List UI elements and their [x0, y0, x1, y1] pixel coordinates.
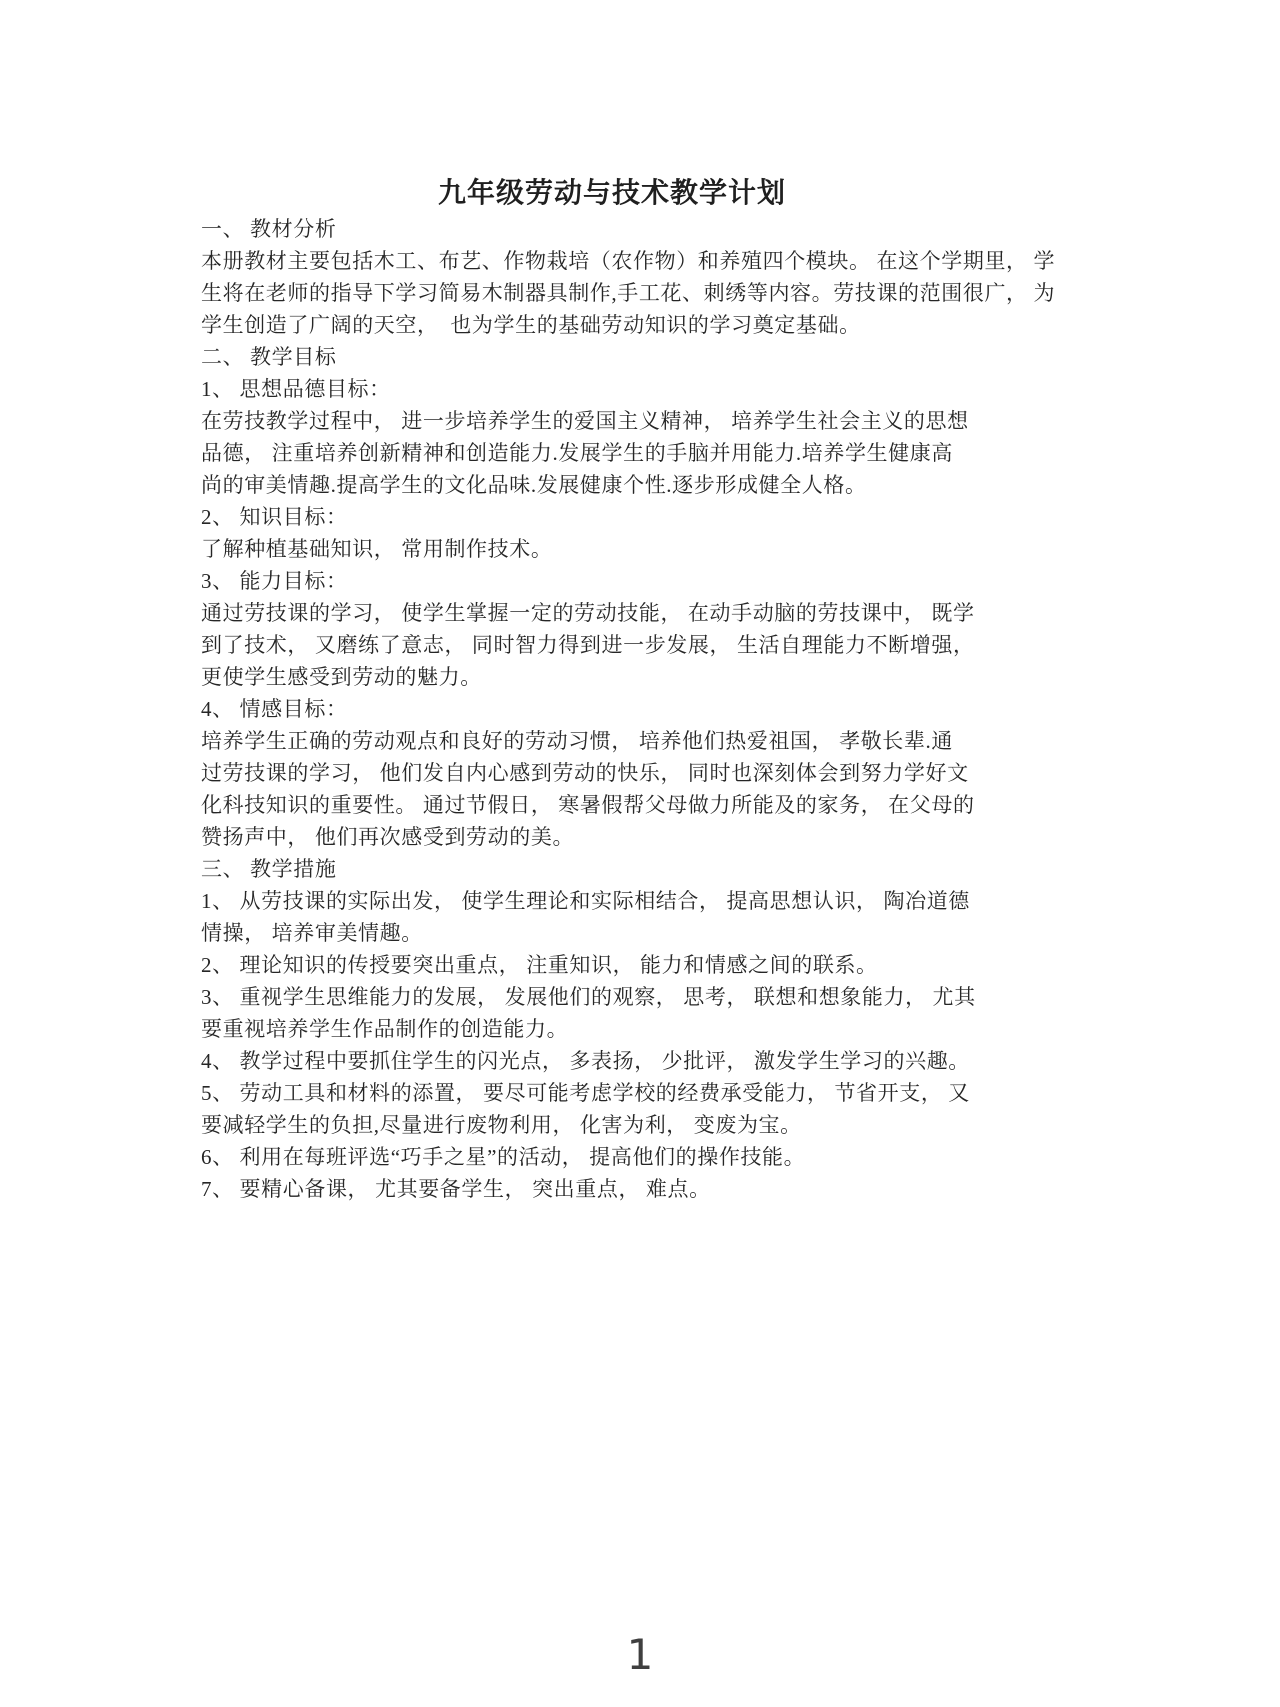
text-line: 3、 能力目标：: [201, 565, 1101, 597]
text-line: 了解种植基础知识， 常用制作技术。: [201, 533, 1101, 565]
text-line: 2、 知识目标：: [201, 501, 1101, 533]
text-line: 化科技知识的重要性。 通过节假日， 寒暑假帮父母做力所能及的家务， 在父母的: [201, 789, 1101, 821]
text-line: 3、 重视学生思维能力的发展， 发展他们的观察， 思考， 联想和想象能力， 尤其: [201, 981, 1101, 1013]
text-line: 培养学生正确的劳动观点和良好的劳动习惯， 培养他们热爱祖国， 孝敬长辈.通: [201, 725, 1101, 757]
text-line: 品德， 注重培养创新精神和创造能力.发展学生的手脑并用能力.培养学生健康高: [201, 437, 1101, 469]
text-line: 4、 情感目标：: [201, 693, 1101, 725]
text-line: 在劳技教学过程中， 进一步培养学生的爱国主义精神， 培养学生社会主义的思想: [201, 405, 1101, 437]
text-line: 要重视培养学生作品制作的创造能力。: [201, 1013, 1101, 1045]
page-number: 1: [0, 1630, 1280, 1679]
text-line: 学生创造了广阔的天空， 也为学生的基础劳动知识的学习奠定基础。: [201, 309, 1101, 341]
document-title: 九年级劳动与技术教学计划: [0, 171, 1252, 211]
text-line: 6、 利用在每班评选“巧手之星”的活动， 提高他们的操作技能。: [201, 1141, 1101, 1173]
text-line: 情操， 培养审美情趣。: [201, 917, 1101, 949]
text-line: 本册教材主要包括木工、布艺、作物栽培（农作物）和养殖四个模块。 在这个学期里， …: [201, 245, 1101, 277]
text-line: 尚的审美情趣.提高学生的文化品味.发展健康个性.逐步形成健全人格。: [201, 469, 1101, 501]
document-body: 一、 教材分析本册教材主要包括木工、布艺、作物栽培（农作物）和养殖四个模块。 在…: [201, 213, 1101, 1205]
text-line: 更使学生感受到劳动的魅力。: [201, 661, 1101, 693]
text-line: 4、 教学过程中要抓住学生的闪光点， 多表扬， 少批评， 激发学生学习的兴趣。: [201, 1045, 1101, 1077]
text-line: 生将在老师的指导下学习简易木制器具制作,手工花、刺绣等内容。劳技课的范围很广， …: [201, 277, 1101, 309]
document-page: 九年级劳动与技术教学计划 一、 教材分析本册教材主要包括木工、布艺、作物栽培（农…: [0, 0, 1280, 1707]
text-line: 三、 教学措施: [201, 853, 1101, 885]
text-line: 2、 理论知识的传授要突出重点， 注重知识， 能力和情感之间的联系。: [201, 949, 1101, 981]
text-line: 过劳技课的学习， 他们发自内心感到劳动的快乐， 同时也深刻体会到努力学好文: [201, 757, 1101, 789]
text-line: 赞扬声中， 他们再次感受到劳动的美。: [201, 821, 1101, 853]
text-line: 1、 从劳技课的实际出发， 使学生理论和实际相结合， 提高思想认识， 陶冶道德: [201, 885, 1101, 917]
text-line: 5、 劳动工具和材料的添置， 要尽可能考虑学校的经费承受能力， 节省开支， 又: [201, 1077, 1101, 1109]
text-line: 通过劳技课的学习， 使学生掌握一定的劳动技能， 在动手动脑的劳技课中， 既学: [201, 597, 1101, 629]
text-line: 二、 教学目标: [201, 341, 1101, 373]
text-line: 7、 要精心备课， 尤其要备学生， 突出重点， 难点。: [201, 1173, 1101, 1205]
text-line: 1、 思想品德目标：: [201, 373, 1101, 405]
text-line: 一、 教材分析: [201, 213, 1101, 245]
text-line: 到了技术， 又磨练了意志， 同时智力得到进一步发展， 生活自理能力不断增强，: [201, 629, 1101, 661]
text-line: 要减轻学生的负担,尽量进行废物利用， 化害为利， 变废为宝。: [201, 1109, 1101, 1141]
